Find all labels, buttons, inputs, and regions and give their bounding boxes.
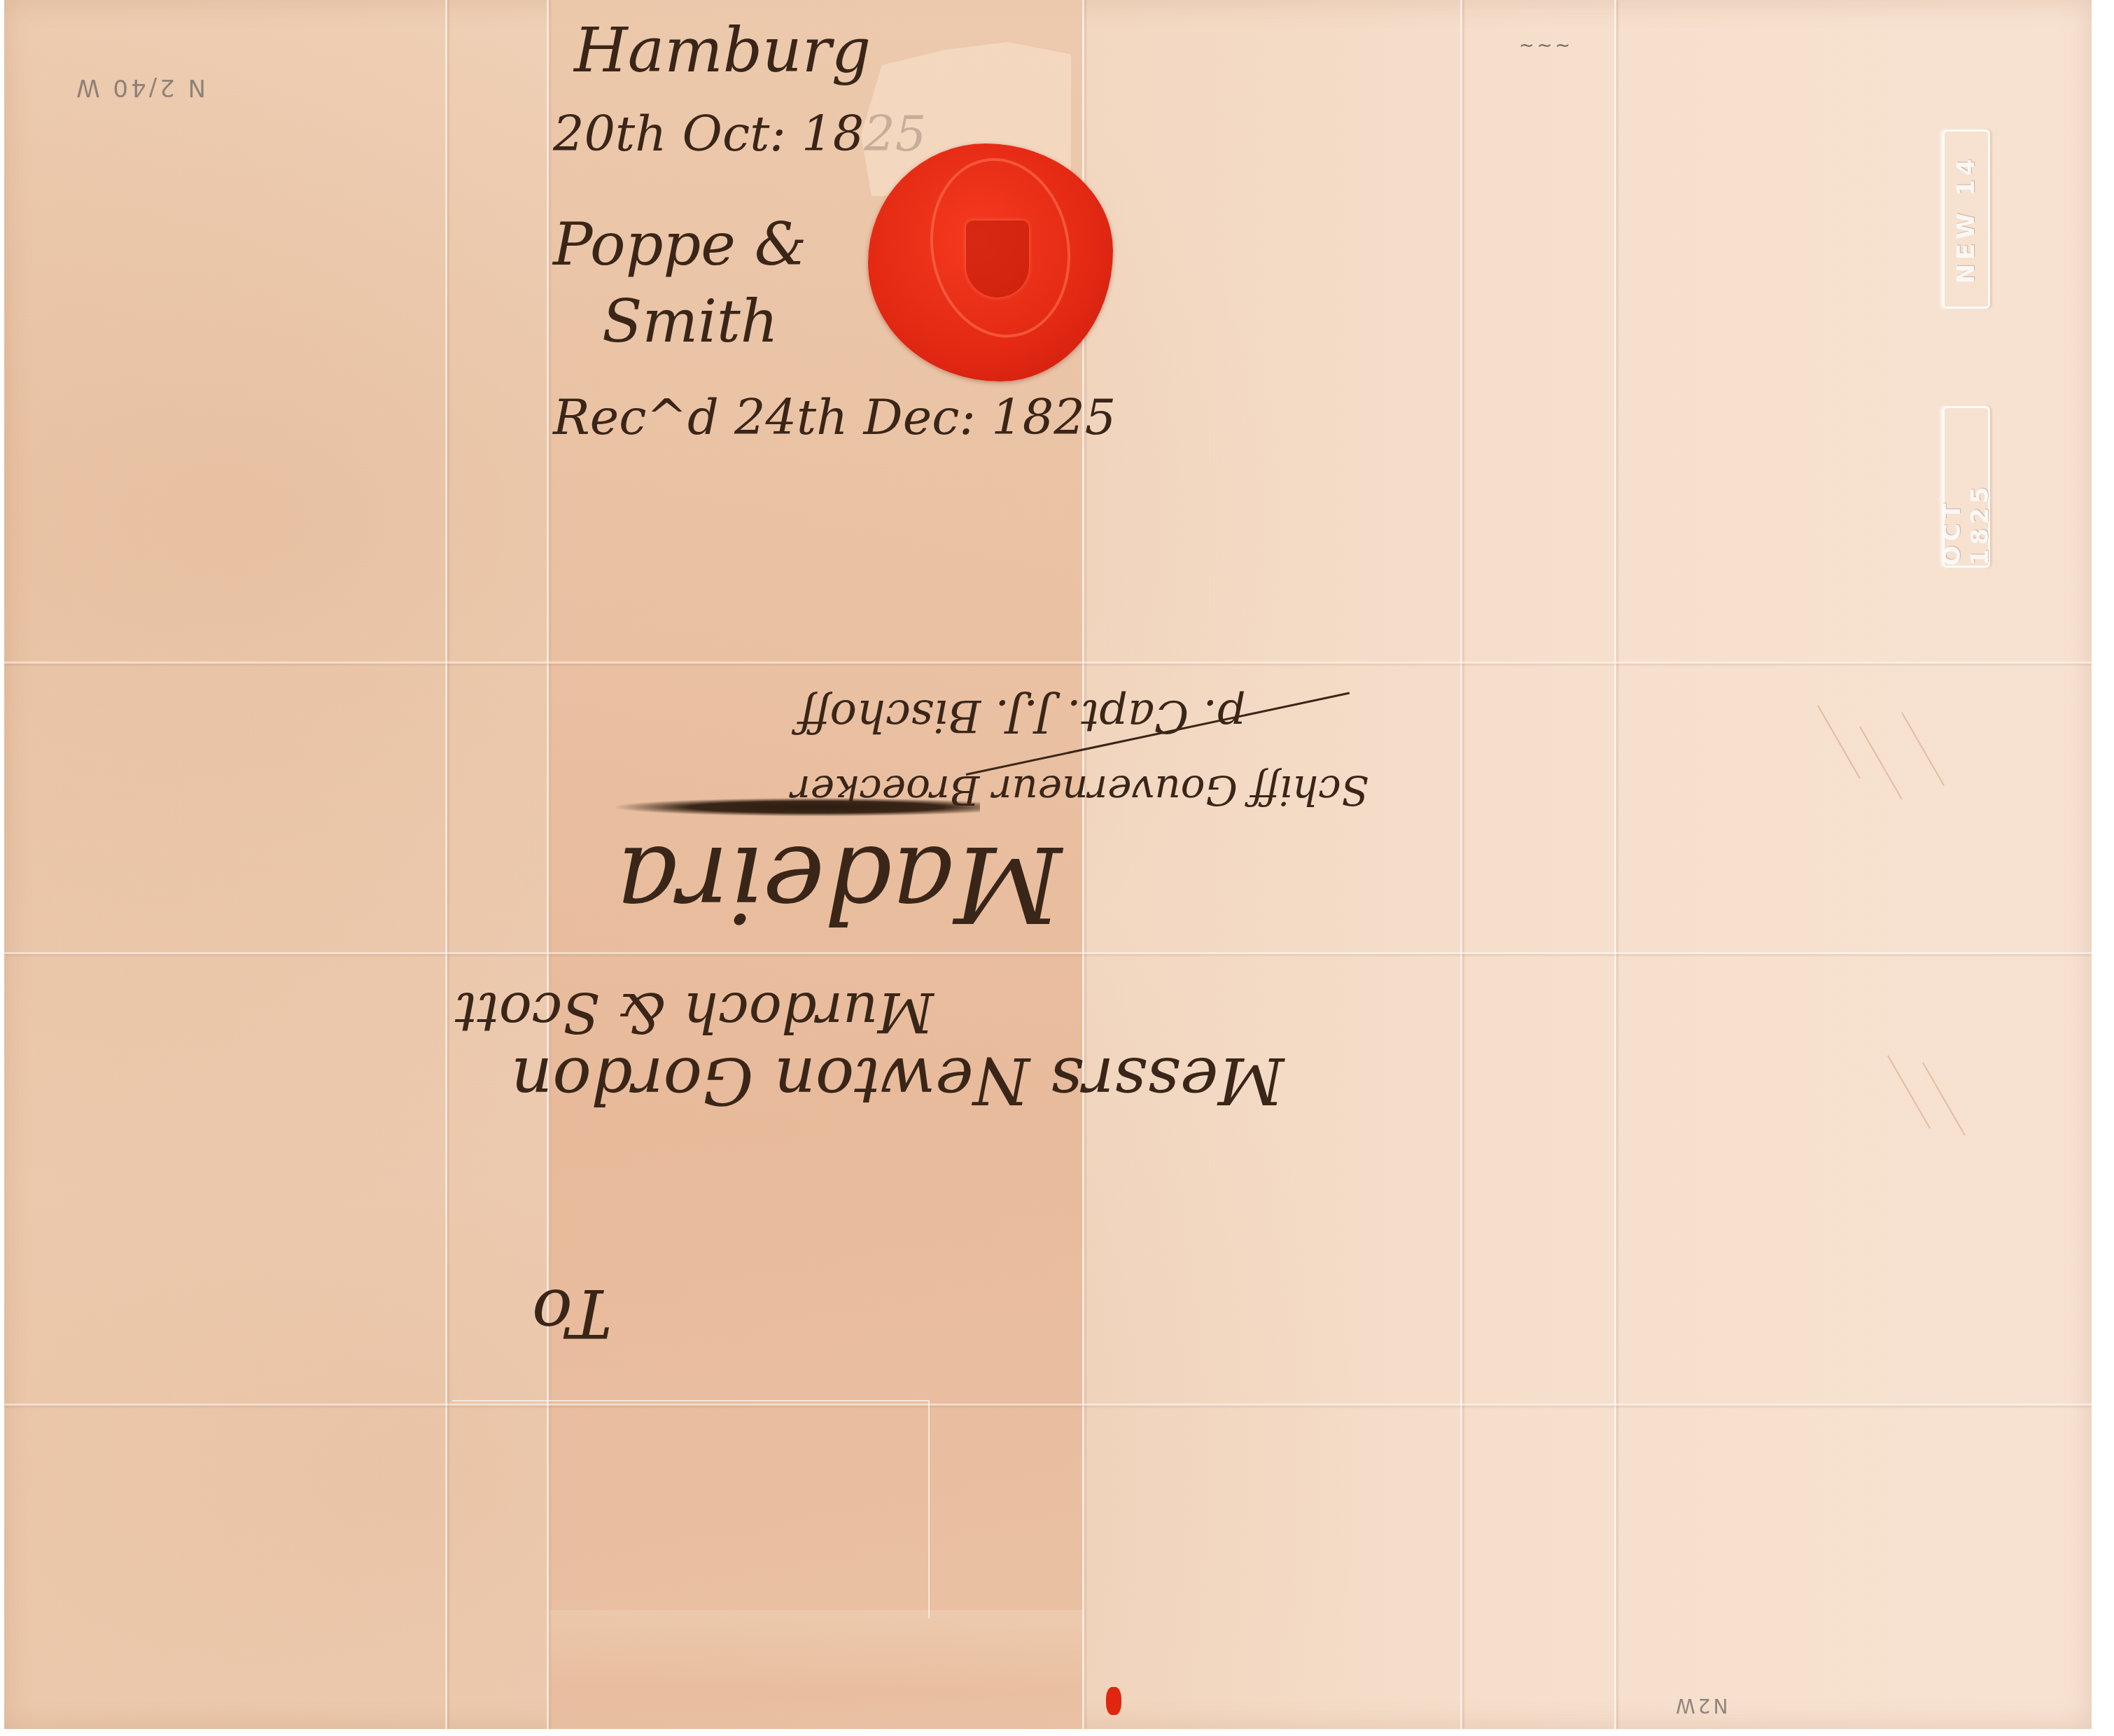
disinfection-slit	[1817, 706, 1861, 779]
fold-line	[4, 952, 2092, 954]
fold-line	[445, 0, 447, 1729]
pencil-note-bottom-right: N2W	[1673, 1694, 1728, 1717]
docket-received-date: Rec^d 24th Dec: 1825	[553, 388, 1116, 446]
ink-flourish	[616, 798, 980, 816]
address-recipient-line2: Murdoch & Scott	[455, 980, 934, 1043]
fold-line	[4, 1403, 2092, 1406]
pencil-mark-top: ~~~	[1519, 35, 1573, 56]
fold-line	[4, 661, 2092, 664]
docket-firm-line2: Smith	[602, 287, 778, 356]
embossed-stamp-text: NEW 14	[1952, 155, 1980, 283]
address-recipient-line1: Messrs Newton Gordon	[511, 1043, 1284, 1118]
docket-city: Hamburg	[574, 14, 871, 86]
disinfection-slit	[1859, 727, 1903, 800]
disinfection-slit	[1901, 713, 1945, 786]
fold-line	[1460, 0, 1462, 1729]
address-destination: Madeira	[616, 822, 1062, 944]
address-to: To	[532, 1274, 612, 1352]
wax-drip	[1106, 1687, 1121, 1715]
embossed-stamp-text: OCT 1825	[1938, 408, 1994, 566]
flap-edge	[452, 1400, 930, 1618]
fold-line	[1614, 0, 1616, 1729]
embossed-stamp: OCT 1825	[1942, 406, 1990, 568]
docket-firm-line1: Poppe &	[553, 210, 806, 279]
seal-armorial-device	[966, 220, 1029, 297]
pencil-note-top-left: N 2/40 W	[73, 73, 206, 101]
routing-endorsement-line1: p. Capt. J.J. Bischoff	[798, 689, 1246, 741]
embossed-stamp: NEW 14	[1942, 129, 1990, 309]
folded-panel-bottom	[550, 1610, 1082, 1729]
